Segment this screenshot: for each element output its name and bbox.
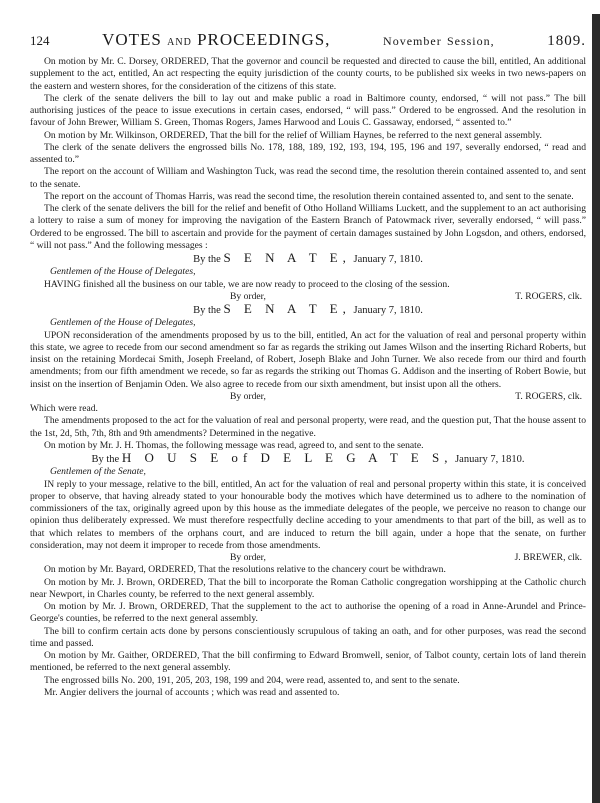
header-year: 1809.: [547, 31, 586, 51]
paragraph: On motion by Mr. Bayard, ORDERED, That t…: [30, 564, 586, 576]
paragraph: On motion by Mr. Gaither, ORDERED, That …: [30, 650, 586, 675]
paragraph: The clerk of the senate delivers the bil…: [30, 203, 586, 252]
message-dateline: By the H O U S E of D E L E G A T E S, J…: [30, 452, 586, 466]
message-body: IN reply to your message, relative to th…: [30, 479, 586, 553]
scan-edge-shadow: [592, 14, 600, 803]
message-salutation: Gentlemen of the Senate,: [30, 466, 586, 478]
signature: T. ROGERS, clk.: [515, 291, 582, 303]
paragraph: The amendments proposed to the act for t…: [30, 415, 586, 440]
paragraph: The engrossed bills No. 200, 191, 205, 2…: [30, 675, 586, 687]
message-dateline: By the S E N A T E, January 7, 1810.: [30, 252, 586, 266]
message-body: UPON reconsideration of the amendments p…: [30, 330, 586, 391]
page-number: 124: [30, 31, 50, 51]
running-header: 124 VOTES AND PROCEEDINGS, November Sess…: [30, 30, 586, 53]
message-salutation: Gentlemen of the House of Delegates,: [30, 317, 586, 329]
paragraph: On motion by Mr. J. Brown, ORDERED, That…: [30, 601, 586, 626]
document-page: 124 VOTES AND PROCEEDINGS, November Sess…: [30, 30, 586, 699]
message-salutation: Gentlemen of the House of Delegates,: [30, 266, 586, 278]
header-title: VOTES AND PROCEEDINGS,: [102, 30, 330, 53]
paragraph: The report on the account of William and…: [30, 166, 586, 191]
message-body: HAVING finished all the business on our …: [30, 279, 586, 291]
paragraph: On motion by Mr. J. Brown, ORDERED, That…: [30, 577, 586, 602]
paragraph: Mr. Angier delivers the journal of accou…: [30, 687, 586, 699]
header-session: November Session,: [383, 30, 495, 51]
paragraph: The report on the account of Thomas Harr…: [30, 191, 586, 203]
message-dateline: By the S E N A T E, January 7, 1810.: [30, 303, 586, 317]
paragraph: On motion by Mr. C. Dorsey, ORDERED, Tha…: [30, 56, 586, 93]
paragraph: The bill to confirm certain acts done by…: [30, 626, 586, 651]
message-signoff: By order, T. ROGERS, clk.: [30, 391, 586, 403]
message-signoff: By order, J. BREWER, clk.: [30, 552, 586, 564]
paragraph: Which were read.: [30, 403, 586, 415]
paragraph: The clerk of the senate delivers the bil…: [30, 93, 586, 130]
signature: J. BREWER, clk.: [515, 552, 582, 564]
signature: T. ROGERS, clk.: [515, 391, 582, 403]
paragraph: The clerk of the senate delivers the eng…: [30, 142, 586, 167]
paragraph: On motion by Mr. Wilkinson, ORDERED, Tha…: [30, 130, 586, 142]
